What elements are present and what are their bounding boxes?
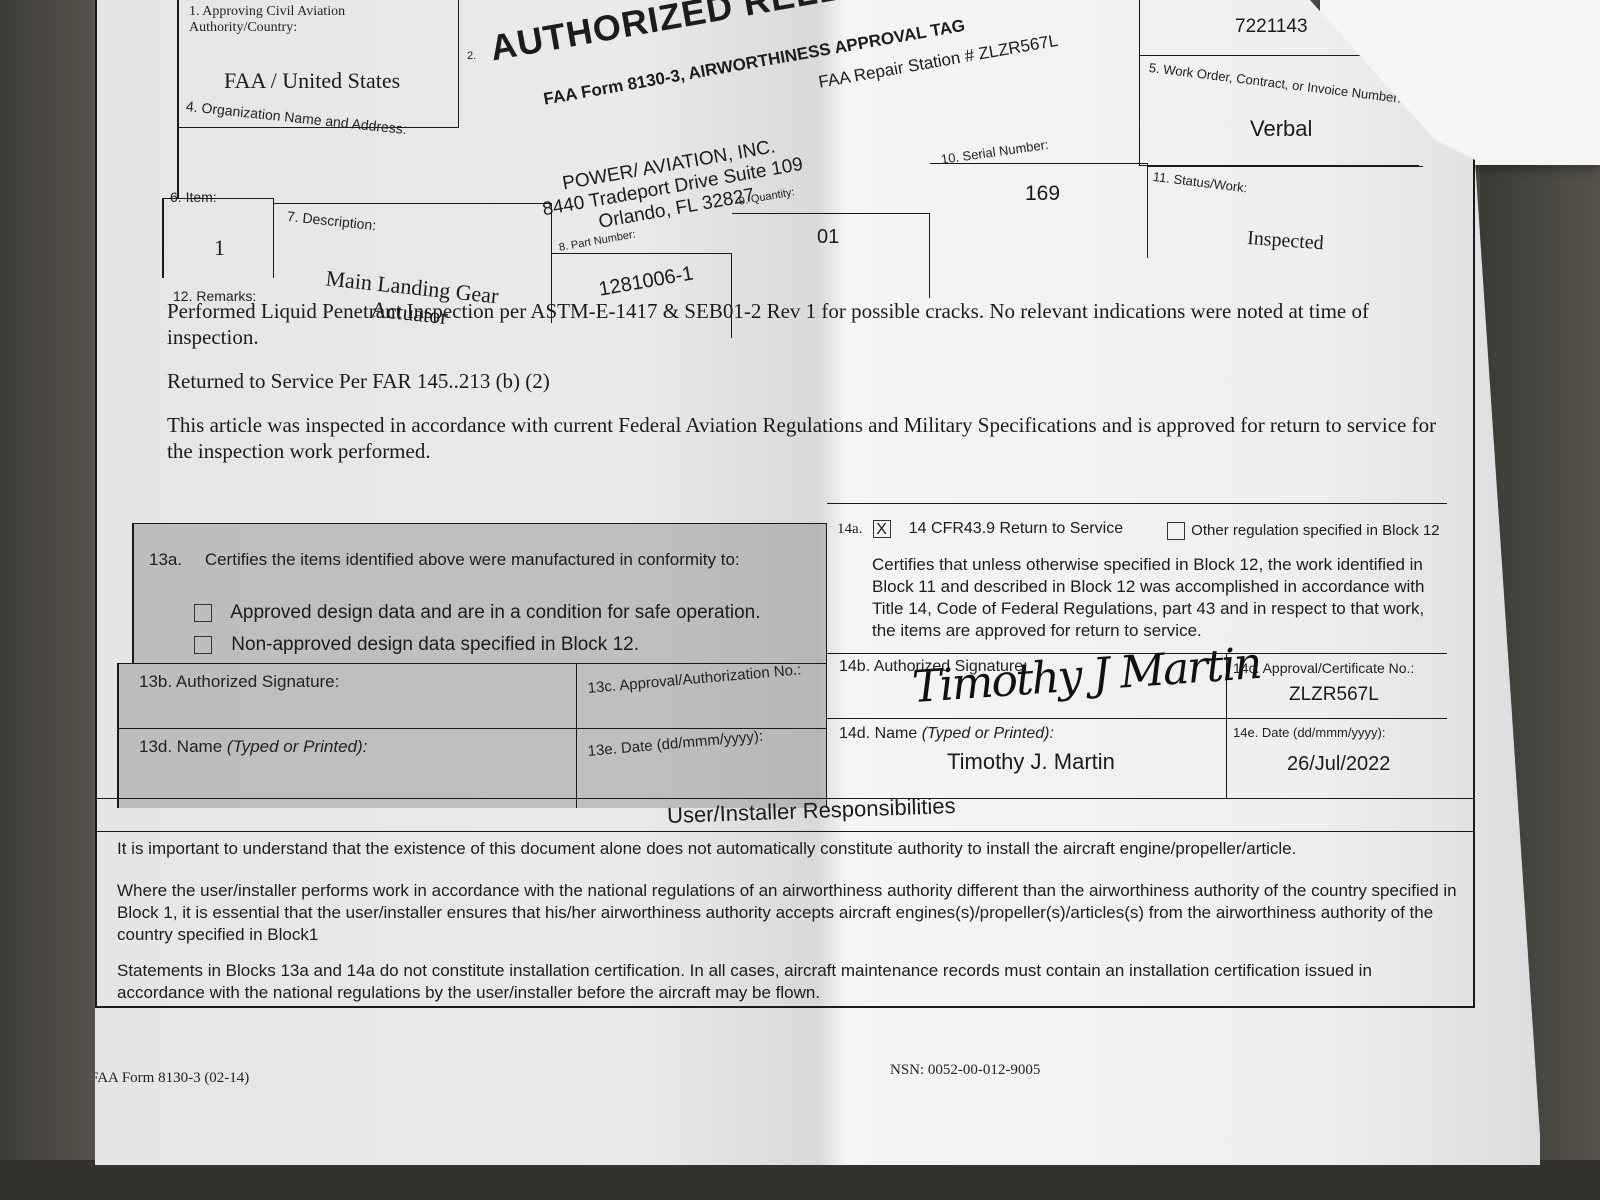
block-14c-label: 14c. Approval/Certificate No.:: [1233, 660, 1414, 676]
block-13c: 13c. Approval/Authorization No.:: [577, 663, 827, 728]
certificate-sheet: 1. Approving Civil Aviation Authority/Co…: [95, 0, 1540, 1165]
block-14e-label: 14e. Date (dd/mmm/yyyy):: [1233, 725, 1385, 740]
block-14a-label: 14a.: [837, 521, 862, 537]
background-bottom: [0, 1160, 1600, 1200]
status-work: Inspected: [1246, 227, 1324, 255]
block-10: 10. Serial Number: 169: [930, 163, 1148, 258]
option-other-regulation[interactable]: Other regulation specified in Block 12: [1167, 522, 1440, 540]
form-8130-3: 1. Approving Civil Aviation Authority/Co…: [95, 0, 1475, 1008]
serial-number: 169: [1025, 182, 1060, 206]
block-13d: 13d. Name (Typed or Printed):: [117, 728, 577, 808]
block-13a-label: 13a.: [149, 550, 182, 569]
approving-authority: FAA / United States: [224, 68, 400, 94]
block-6: 6. Item: 1: [162, 198, 274, 278]
block-13b-label: 13b. Authorized Signature:: [139, 672, 339, 692]
block-5-label: 5. Work Order, Contract, or Invoice Numb…: [1148, 60, 1402, 106]
item-number: 1: [214, 235, 225, 261]
block-13e-label: 13e. Date (dd/mmm/yyyy):: [587, 728, 764, 760]
approval-date: 26/Jul/2022: [1287, 753, 1390, 776]
block-13c-label: 13c. Approval/Authorization No.:: [587, 661, 802, 697]
work-order-number: Verbal: [1250, 116, 1312, 142]
block-14a-statement: Certifies that unless otherwise specifie…: [872, 554, 1432, 642]
block-13b: 13b. Authorized Signature:: [117, 663, 577, 728]
printed-name: Timothy J. Martin: [947, 749, 1115, 775]
block-11: 11. Status/Work: Inspected: [1148, 166, 1423, 276]
nsn-number: NSN: 0052-00-012-9005: [890, 1062, 1040, 1079]
block-7-label: 7. Description:: [286, 208, 377, 233]
block-13a-text: 13a. Certifies the items identified abov…: [149, 550, 740, 570]
block-1-label: 1. Approving Civil Aviation Authority/Co…: [189, 4, 369, 36]
block-9: 9. Quantity: 01: [732, 213, 930, 298]
responsibilities-p2: Where the user/installer performs work i…: [117, 880, 1457, 946]
non-approved-design-label: Non-approved design data specified in Bl…: [231, 634, 639, 655]
block-11-label: 11. Status/Work:: [1152, 169, 1248, 195]
block-14d: 14d. Name (Typed or Printed): Timothy J.…: [827, 718, 1227, 798]
non-approved-design-checkbox[interactable]: [194, 636, 212, 654]
block-14a: 14a. X 14 CFR43.9 Return to Service Othe…: [827, 503, 1447, 653]
responsibilities-p3: Statements in Blocks 13a and 14a do not …: [117, 960, 1457, 1004]
block-6-label: 6. Item:: [170, 189, 217, 205]
block-13a: 13a. Certifies the items identified abov…: [132, 523, 827, 663]
remarks-inspection: Performed Liquid Penetrant Inspection pe…: [167, 298, 1437, 350]
cfr-43-9-checkbox[interactable]: X: [873, 520, 891, 538]
other-regulation-label: Other regulation specified in Block 12: [1191, 522, 1439, 539]
form-tracking-number: 7221143: [1235, 16, 1308, 38]
block-13e: 13e. Date (dd/mmm/yyyy):: [577, 728, 827, 808]
remarks-statement: This article was inspected in accordance…: [167, 412, 1437, 464]
responsibilities-divider: [97, 831, 1473, 832]
form-identifier: FAA Form 8130-3 (02-14): [90, 1070, 249, 1087]
block-14e: 14e. Date (dd/mmm/yyyy): 26/Jul/2022: [1227, 718, 1447, 798]
cfr-43-9-label: 14 CFR43.9 Return to Service: [909, 520, 1123, 537]
block-14d-label: 14d. Name (Typed or Printed):: [839, 725, 1054, 743]
approval-certificate-number: ZLZR567L: [1289, 684, 1379, 706]
block-14c: 14c. Approval/Certificate No.: ZLZR567L: [1227, 653, 1447, 718]
block-13a-statement: Certifies the items identified above wer…: [205, 550, 740, 569]
part-number: 1281006-1: [597, 262, 695, 301]
approved-design-label: Approved design data and are in a condit…: [230, 602, 760, 623]
remarks: Performed Liquid Penetrant Inspection pe…: [167, 298, 1437, 482]
block-2-label: 2.: [467, 50, 476, 62]
option-approved-design[interactable]: Approved design data and are in a condit…: [194, 602, 761, 624]
approved-design-checkbox[interactable]: [194, 604, 212, 622]
block-14a-row: 14a. X 14 CFR43.9 Return to Service: [837, 520, 1123, 538]
option-non-approved-design[interactable]: Non-approved design data specified in Bl…: [194, 634, 639, 656]
quantity: 01: [817, 226, 839, 249]
responsibilities-p1: It is important to understand that the e…: [117, 838, 1457, 860]
background-surface: [0, 0, 110, 1200]
other-regulation-checkbox[interactable]: [1167, 522, 1185, 540]
block-13d-label: 13d. Name (Typed or Printed):: [139, 737, 367, 757]
remarks-return-to-service: Returned to Service Per FAR 145..213 (b)…: [167, 368, 1437, 394]
